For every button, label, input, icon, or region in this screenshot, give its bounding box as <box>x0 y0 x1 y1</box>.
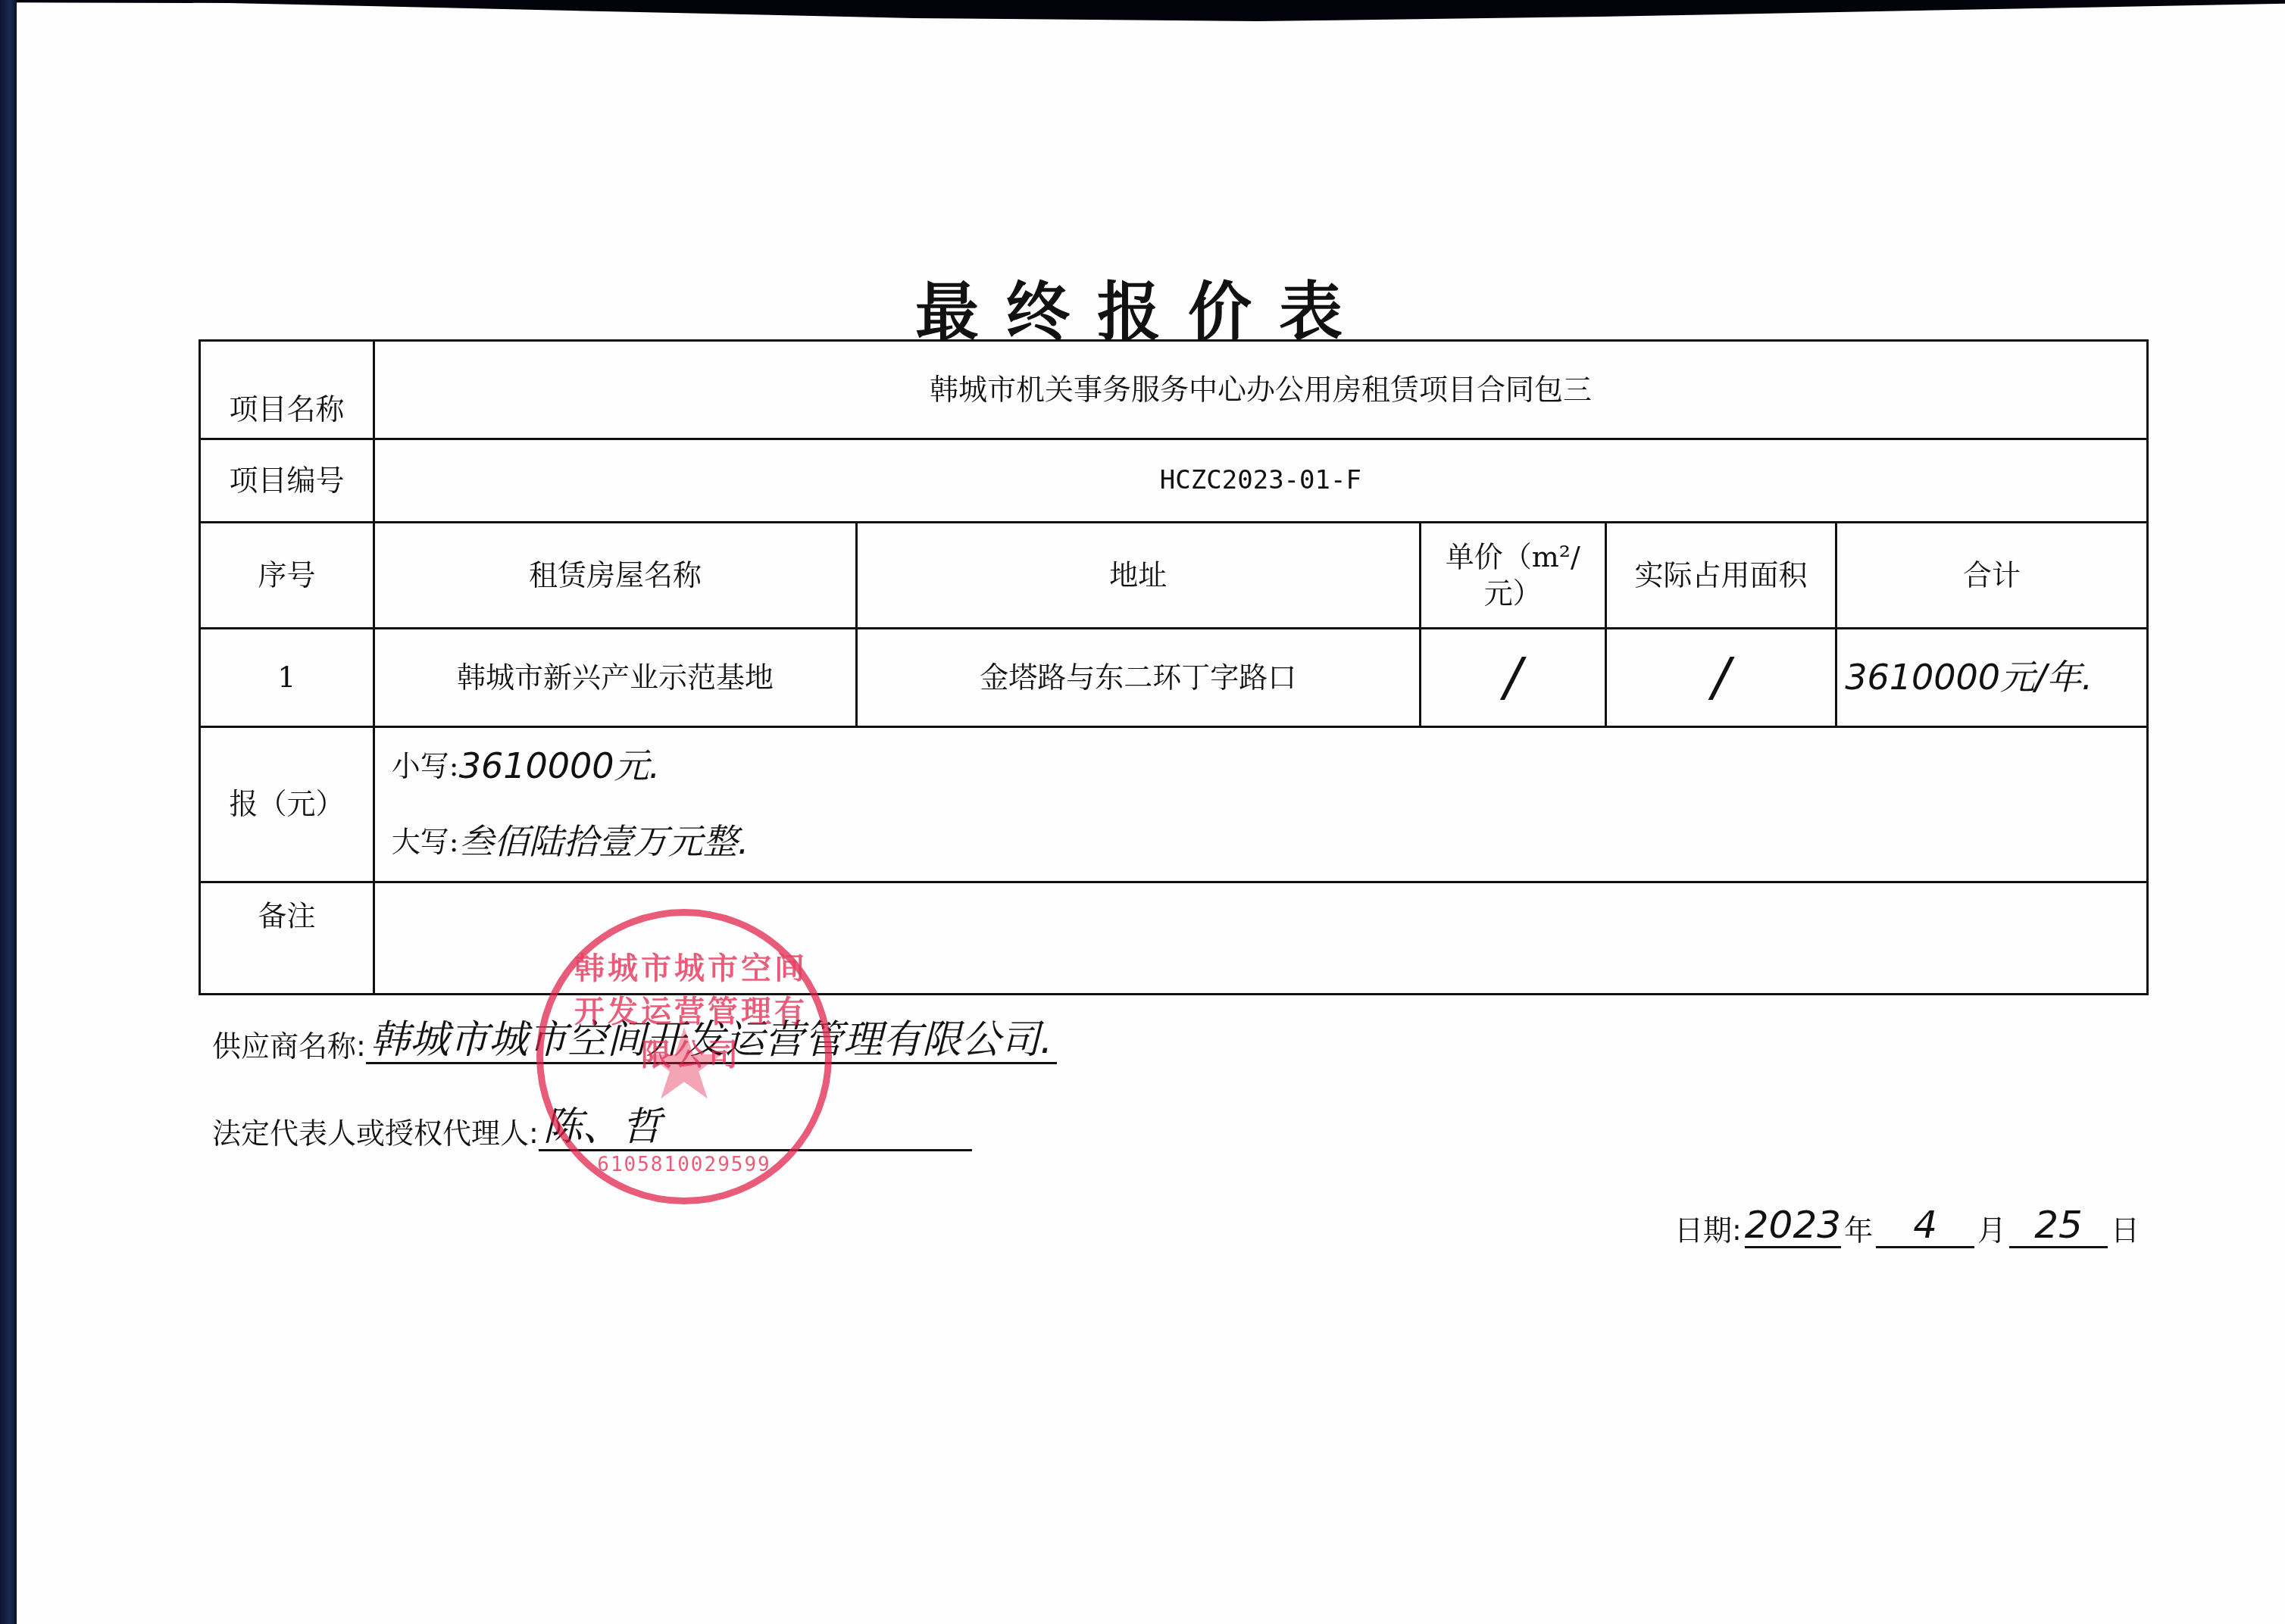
column-header-name: 租赁房屋名称 <box>374 523 856 629</box>
representative-label: 法定代表人或授权代理人: <box>212 1110 539 1151</box>
quote-upper-label: 大写: <box>392 824 459 860</box>
quote-table: 项目名称 韩城市机关事务服务中心办公用房租赁项目合同包三 项目编号 HCZC20… <box>198 339 2149 995</box>
quote-values: 小写: 3610000元. 大写: 叁佰陆拾壹万元整. <box>374 727 2147 882</box>
project-code-label: 项目编号 <box>200 439 374 523</box>
photo-background-top <box>0 0 2285 30</box>
remarks-row: 备注 <box>200 882 2148 995</box>
supplier-value: 韩城市城市空间开发运营管理有限公司. <box>366 1019 1058 1064</box>
row-unit-price: / <box>1420 629 1605 727</box>
quote-lower-value: 3610000元. <box>459 745 661 789</box>
project-code-row: 项目编号 HCZC2023-01-F <box>200 439 2148 523</box>
project-name-value: 韩城市机关事务服务中心办公用房租赁项目合同包三 <box>374 341 2147 439</box>
date-label: 日期: <box>1674 1207 1742 1248</box>
quote-label: 报（元） <box>200 727 374 882</box>
column-header-area: 实际占用面积 <box>1605 523 1836 629</box>
date-day-unit: 日 <box>2111 1207 2140 1248</box>
seal-code: 6105810029599 <box>543 1154 825 1176</box>
row-index: 1 <box>200 629 374 727</box>
supplier-row: 供应商名称: 韩城市城市空间开发运营管理有限公司. <box>212 1019 1057 1064</box>
date-row: 日期: 2023 年 4 月 25 日 <box>1674 1204 2140 1248</box>
row-name: 韩城市新兴产业示范基地 <box>374 629 856 727</box>
column-header-unit-price: 单价（m²/元） <box>1420 523 1605 629</box>
table-row: 1 韩城市新兴产业示范基地 金塔路与东二环丁字路口 / / 3610000元/年… <box>200 629 2148 727</box>
date-year-unit: 年 <box>1844 1207 1873 1248</box>
remarks-label: 备注 <box>200 882 374 995</box>
date-day: 25 <box>2009 1204 2108 1248</box>
row-address: 金塔路与东二环丁字路口 <box>856 629 1420 727</box>
project-name-row: 项目名称 韩城市机关事务服务中心办公用房租赁项目合同包三 <box>200 341 2148 439</box>
quote-upper: 大写: 叁佰陆拾壹万元整. <box>392 804 2139 880</box>
quote-row: 报（元） 小写: 3610000元. 大写: 叁佰陆拾壹万元整. <box>200 727 2148 882</box>
project-name-label: 项目名称 <box>200 341 374 439</box>
representative-row: 法定代表人或授权代理人: 陈、哲 <box>212 1106 972 1151</box>
supplier-label: 供应商名称: <box>212 1023 366 1064</box>
row-area: / <box>1605 629 1836 727</box>
column-header-total: 合计 <box>1836 523 2148 629</box>
quote-lower-label: 小写: <box>392 748 459 785</box>
quote-upper-value: 叁佰陆拾壹万元整. <box>459 820 749 864</box>
row-total: 3610000元/年. <box>1836 629 2148 727</box>
remarks-value <box>374 882 2147 995</box>
project-code-value: HCZC2023-01-F <box>374 439 2147 523</box>
column-header-address: 地址 <box>856 523 1420 629</box>
date-month-unit: 月 <box>1977 1207 2006 1248</box>
column-header-index: 序号 <box>200 523 374 629</box>
date-year: 2023 <box>1745 1204 1841 1248</box>
table-header-row: 序号 租赁房屋名称 地址 单价（m²/元） 实际占用面积 合计 <box>200 523 2148 629</box>
quote-lower: 小写: 3610000元. <box>392 729 2139 804</box>
representative-value: 陈、哲 <box>539 1106 972 1151</box>
photo-background-left <box>0 0 17 1624</box>
date-month: 4 <box>1876 1204 1974 1248</box>
